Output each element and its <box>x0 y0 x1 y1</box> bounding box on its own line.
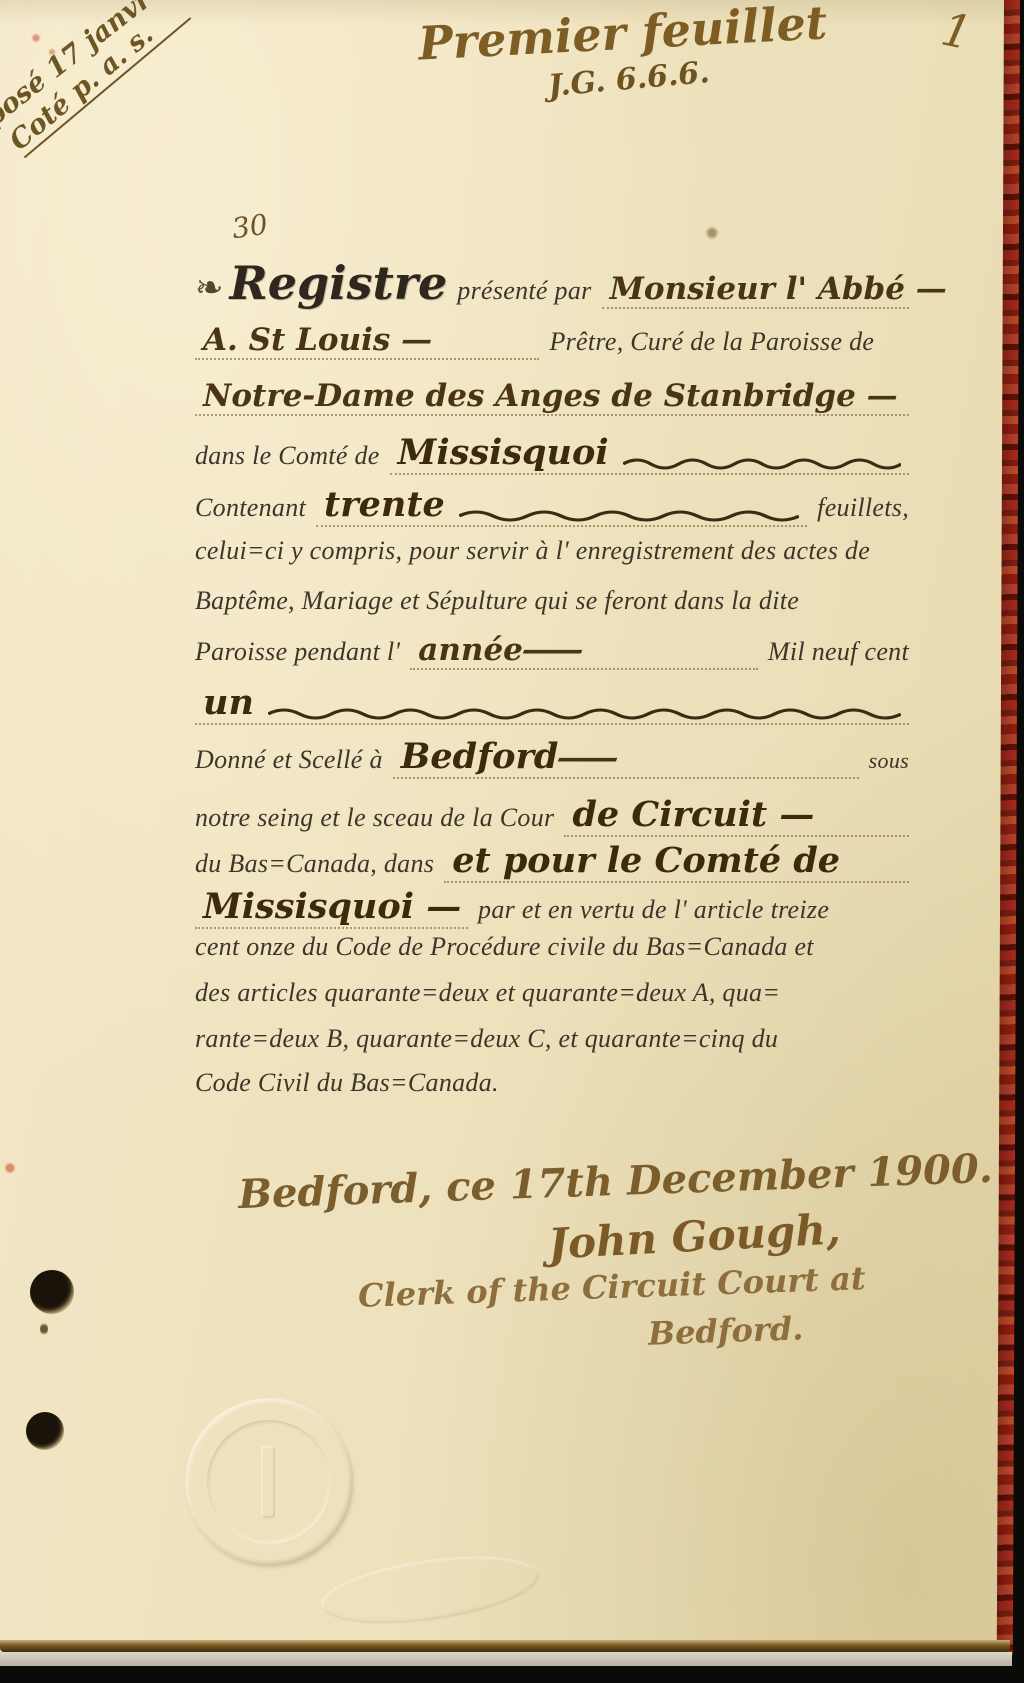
punch-hole <box>26 1412 64 1450</box>
register-line-5: Contenant trente feuillets, <box>195 484 909 527</box>
embossed-seal <box>185 1398 353 1566</box>
printed-text: notre seing et le sceau de la Cour <box>195 803 554 833</box>
squiggle-fill <box>459 506 799 522</box>
handwritten-entry-court-type: de Circuit — <box>572 794 814 835</box>
register-line-9: un <box>195 682 909 725</box>
handwritten-entry-place-given: Bedford <box>401 736 559 777</box>
printer-ornament-icon: ❧ <box>195 268 224 308</box>
printed-heading-registre: Registre <box>230 256 448 310</box>
register-line-17: Code Civil du Bas=Canada. <box>195 1068 909 1098</box>
handwritten-dash: — <box>520 632 585 668</box>
handwritten-entry-year-word: année <box>418 632 523 668</box>
clerk-place-line: Bedford. <box>647 1309 803 1352</box>
register-line-10: Donné et Scellé à Bedford — sous <box>195 736 909 779</box>
printed-text: Code Civil du Bas=Canada. <box>195 1068 499 1098</box>
printed-text: Contenant <box>195 493 306 523</box>
register-line-15: des articles quarante=deux et quarante=d… <box>195 978 909 1008</box>
register-line-12: du Bas=Canada, dans et pour le Comté de <box>195 840 909 883</box>
page-bottom-edge <box>0 1640 1010 1652</box>
printed-text: dans le Comté de <box>195 441 380 471</box>
scan-background: { "colors": { "paper": "#efe3bf", "print… <box>0 0 1024 1683</box>
handwritten-entry-presenter: Monsieur l' Abbé — <box>610 271 947 307</box>
printed-text: par et en vertu de l' article treize <box>478 895 829 925</box>
underlying-page-edge <box>0 1652 1012 1666</box>
handwritten-entry-parish-name: Notre-Dame des Anges de Stanbridge — <box>203 378 898 414</box>
printed-text: Prêtre, Curé de la Paroisse de <box>549 327 874 357</box>
printed-text: feuillets, <box>817 493 909 523</box>
printed-text: du Bas=Canada, dans <box>195 849 434 879</box>
register-line-13: Missisquoi — par et en vertu de l' artic… <box>195 886 909 929</box>
register-line-7: Baptême, Mariage et Sépulture qui se fer… <box>195 586 909 616</box>
register-line-2: A. St Louis — Prêtre, Curé de la Paroiss… <box>195 322 909 360</box>
register-line-11: notre seing et le sceau de la Cour de Ci… <box>195 794 909 837</box>
printed-text: Paroisse pendant l' <box>195 637 400 667</box>
ink-drip <box>40 1322 48 1336</box>
printed-text: sous <box>869 748 909 774</box>
printed-text: cent onze du Code de Procédure civile du… <box>195 932 814 962</box>
printed-text: celui=ci y compris, pour servir à l' enr… <box>195 536 870 566</box>
register-line-6: celui=ci y compris, pour servir à l' enr… <box>195 536 909 566</box>
register-line-8: Paroisse pendant l' année — Mil neuf cen… <box>195 632 909 670</box>
handwritten-entry-year-un: un <box>203 682 254 723</box>
printed-text: des articles quarante=deux et quarante=d… <box>195 978 780 1008</box>
printed-text: Donné et Scellé à <box>195 745 383 775</box>
handwritten-entry-county: Missisquoi <box>398 432 609 473</box>
register-line-3: Notre-Dame des Anges de Stanbridge — <box>195 378 909 416</box>
handwritten-entry-priest-name: A. St Louis — <box>203 322 432 358</box>
embossed-seal-pillar <box>261 1446 275 1518</box>
handwritten-entry-folio-count: trente <box>324 484 445 525</box>
printed-text: Baptême, Mariage et Sépulture qui se fer… <box>195 586 799 616</box>
register-line-1: ❧ Registre présenté par Monsieur l' Abbé… <box>195 256 909 310</box>
register-line-4: dans le Comté de Missisquoi <box>195 432 909 475</box>
register-line-16: rante=deux B, quarante=deux C, et quaran… <box>195 1024 909 1054</box>
printed-text: présenté par <box>457 276 591 306</box>
printed-text: Mil neuf cent <box>768 637 909 667</box>
handwritten-entry-county-name: Missisquoi — <box>203 886 461 927</box>
punch-hole <box>30 1270 74 1314</box>
squiggle-fill <box>623 454 901 470</box>
printed-text: rante=deux B, quarante=deux C, et quaran… <box>195 1024 778 1054</box>
squiggle-fill <box>268 704 901 720</box>
folio-count-note: 30 <box>230 208 270 246</box>
handwritten-dash: — <box>555 740 620 776</box>
register-line-14: cent onze du Code de Procédure civile du… <box>195 932 909 962</box>
handwritten-entry-county-clause: et pour le Comté de <box>452 840 840 881</box>
